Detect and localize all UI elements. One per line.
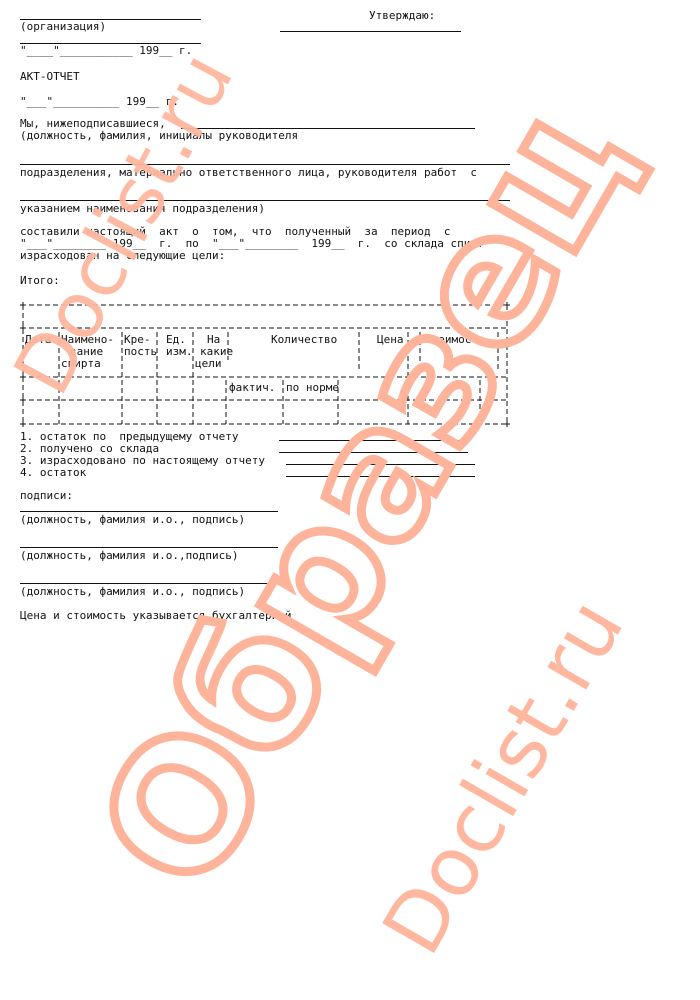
col-quantity-header: Количество <box>271 334 337 346</box>
table-grid <box>0 0 700 1000</box>
footer-note: Цена и стоимость указывается бухгалтерие… <box>20 610 292 622</box>
signature-caption-1: (должность, фамилия и.о., подпись) <box>20 514 245 526</box>
document-page: (организация) "____"___________ 199__ г.… <box>0 0 700 1000</box>
signature-line-3 <box>20 583 278 584</box>
summary-item-4: 4. остаток <box>20 467 86 479</box>
col-cost-header: Стоимость <box>425 334 485 346</box>
signature-line-1 <box>20 511 278 512</box>
col-unit-header-2: изм. <box>166 346 193 358</box>
col-norm-subheader: по норме <box>286 382 339 394</box>
summary-line-3 <box>286 464 475 465</box>
col-purpose-header-3: цели <box>195 358 222 370</box>
signatures-label: подписи: <box>20 490 73 502</box>
col-date-header: Дата <box>25 334 52 346</box>
summary-line-4 <box>286 476 475 477</box>
col-price-header: Цена <box>377 334 404 346</box>
summary-line-1 <box>279 440 468 441</box>
signature-caption-3: (должность, фамилия и.о., подпись) <box>20 586 245 598</box>
col-actual-subheader: фактич. <box>229 382 275 394</box>
signature-caption-2: (должность, фамилия и.о.,подпись) <box>20 550 239 562</box>
summary-line-2 <box>279 452 468 453</box>
col-name-header-3: спирта <box>61 358 101 370</box>
col-strength-header-2: пость <box>124 346 157 358</box>
signature-line-2 <box>20 547 278 548</box>
